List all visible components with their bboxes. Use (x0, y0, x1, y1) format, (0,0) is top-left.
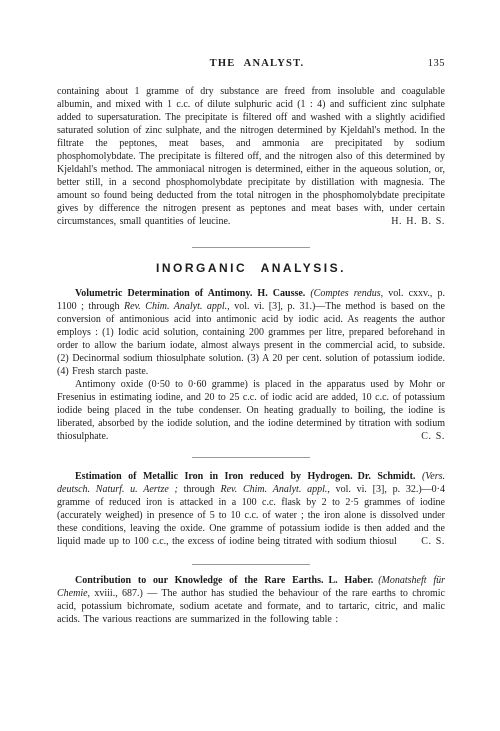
paragraph-text: Volumetric Determination of Antimony. H.… (57, 288, 445, 377)
paragraph-text: Contribution to our Knowledge of the Rar… (57, 575, 445, 625)
section-divider (192, 564, 310, 565)
article-paragraph: Estimation of Metallic Iron in Iron redu… (57, 470, 445, 548)
page-header: THE ANALYST. 135 (57, 57, 445, 70)
paragraph-text: Estimation of Metallic Iron in Iron redu… (57, 471, 445, 547)
abstractor-initials: C. S. (397, 430, 445, 443)
article-volumetric-antimony: Volumetric Determination of Antimony. H.… (57, 287, 445, 443)
section-divider (192, 247, 310, 248)
page-number: 135 (428, 57, 445, 70)
abstractor-initials: C. S. (397, 535, 445, 548)
section-heading: INORGANIC ANALYSIS. (57, 262, 445, 275)
author-initials: H. H. B. S. (385, 215, 445, 228)
continuation-paragraph: containing about 1 gramme of dry substan… (57, 85, 445, 228)
journal-page: THE ANALYST. 135 containing about 1 gram… (0, 0, 500, 731)
article-paragraph: Volumetric Determination of Antimony. H.… (57, 287, 445, 378)
article-paragraph: Antimony oxide (0·50 to 0·60 gramme) is … (57, 378, 445, 443)
paragraph-text: Antimony oxide (0·50 to 0·60 gramme) is … (57, 379, 445, 442)
journal-title: THE ANALYST. (63, 57, 451, 70)
article-paragraph: Contribution to our Knowledge of the Rar… (57, 574, 445, 626)
article-rare-earths: Contribution to our Knowledge of the Rar… (57, 574, 445, 626)
paragraph-text: containing about 1 gramme of dry substan… (57, 86, 445, 227)
article-metallic-iron: Estimation of Metallic Iron in Iron redu… (57, 470, 445, 548)
section-divider (192, 457, 310, 458)
